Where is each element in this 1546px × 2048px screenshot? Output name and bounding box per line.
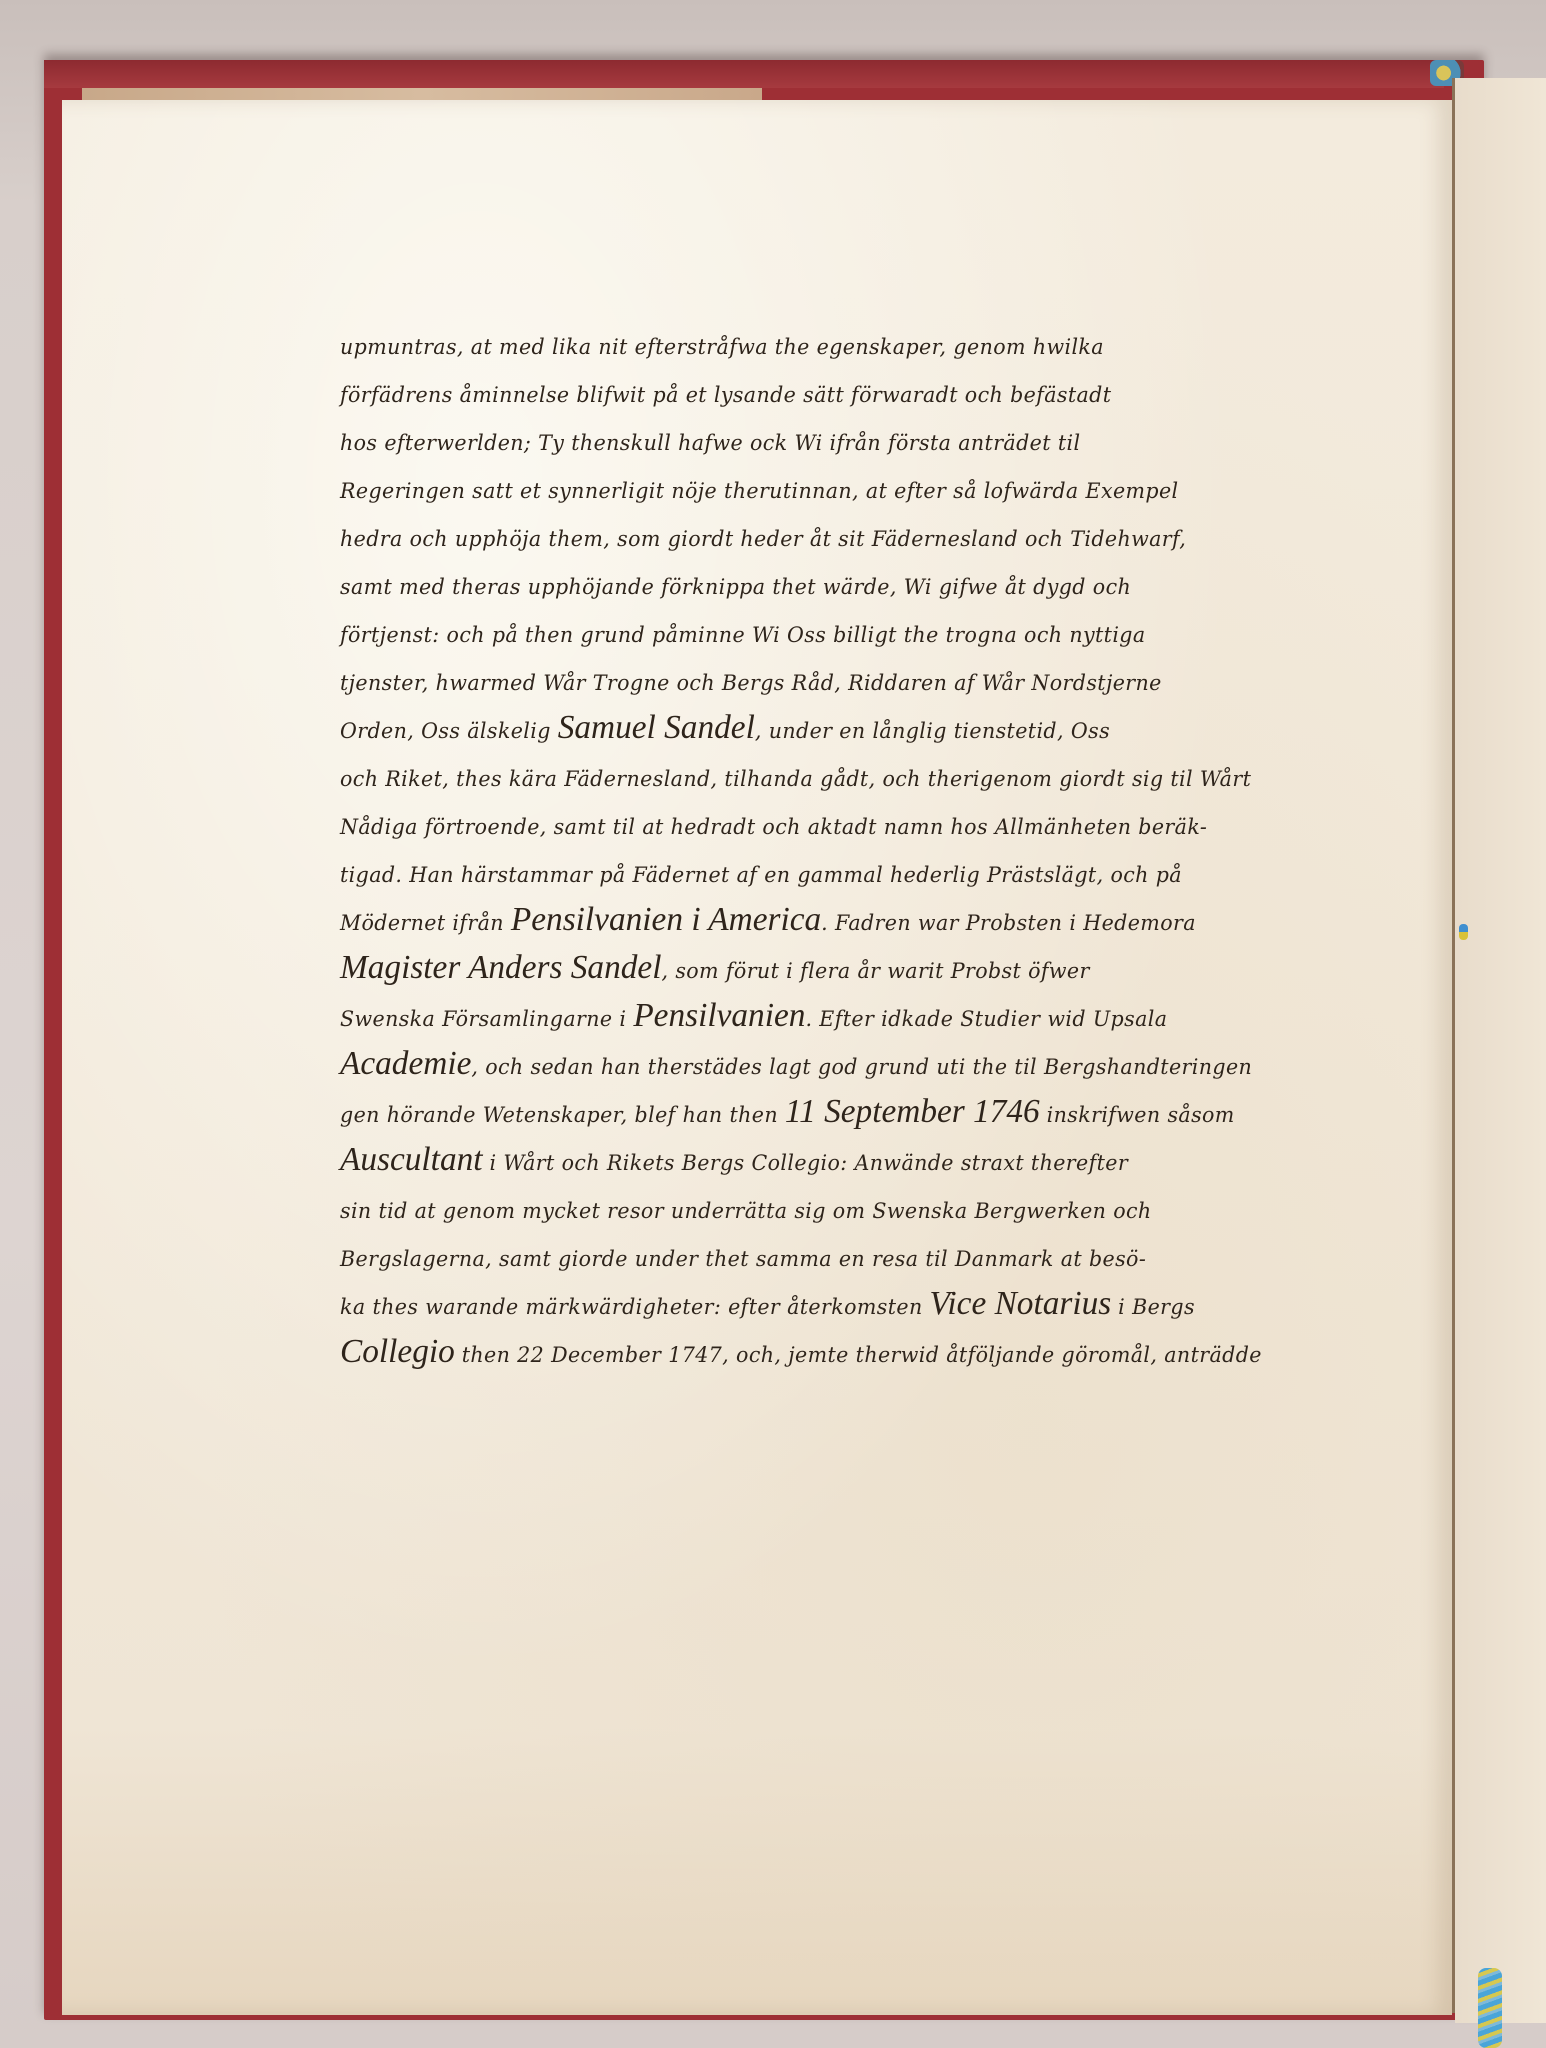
line-text: i Wårt och Rikets Bergs Collegio: Anwänd… [483, 1151, 1129, 1175]
bookmark-ribbon-icon [1478, 1968, 1502, 2048]
line-text: Mödernet ifrån [340, 911, 511, 935]
line-text: Bergslagerna, samt giorde under thet sam… [340, 1247, 1146, 1271]
text-line: upmuntras, at med lika nit efterstråfwa … [340, 320, 1320, 368]
binding-thread-icon [1459, 924, 1468, 940]
text-line: hos efterwerlden; Ty thenskull hafwe ock… [340, 416, 1320, 464]
line-text: Swenska Församlingarne i [340, 1007, 633, 1031]
line-text: Orden, Oss älskelig [340, 719, 558, 743]
line-text: upmuntras, at med lika nit efterstråfwa … [340, 335, 1104, 359]
line-text: Regeringen satt et synnerligit nöje ther… [340, 479, 1179, 503]
line-text: hos efterwerlden; Ty thenskull hafwe ock… [340, 431, 1080, 455]
latin-script-text: Pensilvanien [633, 997, 805, 1034]
latin-script-text: Collegio [340, 1333, 455, 1370]
gutter [1452, 78, 1455, 2013]
line-text: förfädrens åminnelse blifwit på et lysan… [340, 383, 1111, 407]
text-line: Mödernet ifrån Pensilvanien i America. F… [340, 896, 1320, 944]
text-line: Nådiga förtroende, samt til at hedradt o… [340, 800, 1320, 848]
line-text: i Bergs [1111, 1295, 1195, 1319]
latin-script-text: Samuel Sandel [558, 709, 755, 746]
line-text: tjenster, hwarmed Wår Trogne och Bergs R… [340, 671, 1162, 695]
text-line: Magister Anders Sandel, som förut i fler… [340, 944, 1320, 992]
line-text: , som förut i flera år warit Probst öfwe… [661, 959, 1089, 983]
text-line: Bergslagerna, samt giorde under thet sam… [340, 1232, 1320, 1280]
text-line: förfädrens åminnelse blifwit på et lysan… [340, 368, 1320, 416]
text-line: tigad. Han härstammar på Fädernet af en … [340, 848, 1320, 896]
line-text: tigad. Han härstammar på Fädernet af en … [340, 863, 1182, 887]
cover-top-edge [44, 60, 1444, 88]
latin-script-text: Academie [340, 1045, 471, 1082]
text-line: samt med theras upphöjande förknippa the… [340, 560, 1320, 608]
latin-script-text: Auscultant [340, 1141, 483, 1178]
text-line: Swenska Församlingarne i Pensilvanien. E… [340, 992, 1320, 1040]
text-line: Academie, och sedan han therstädes lagt … [340, 1040, 1320, 1088]
text-line: Regeringen satt et synnerligit nöje ther… [340, 464, 1320, 512]
line-text: ka thes warande märkwärdigheter: efter å… [340, 1295, 930, 1319]
text-line: tjenster, hwarmed Wår Trogne och Bergs R… [340, 656, 1320, 704]
text-line: hedra och upphöja them, som giordt heder… [340, 512, 1320, 560]
manuscript-text: upmuntras, at med lika nit efterstråfwa … [340, 320, 1340, 1376]
text-line: sin tid at genom mycket resor underrätta… [340, 1184, 1320, 1232]
line-text: , under en långlig tienstetid, Oss [755, 719, 1110, 743]
facing-page [1455, 78, 1546, 2023]
text-line: gen hörande Wetenskaper, blef han then 1… [340, 1088, 1320, 1136]
line-text: then 22 December 1747, och, jemte therwi… [455, 1343, 1262, 1367]
line-text: . Efter idkade Studier wid Upsala [805, 1007, 1167, 1031]
line-text: gen hörande Wetenskaper, blef han then [340, 1103, 785, 1127]
latin-script-text: Magister Anders Sandel [340, 949, 661, 986]
line-text: . Fadren war Probsten i Hedemora [821, 911, 1196, 935]
line-text: Nådiga förtroende, samt til at hedradt o… [340, 815, 1207, 839]
line-text: och Riket, thes kära Fädernesland, tilha… [340, 767, 1251, 791]
text-line: Collegio then 22 December 1747, och, jem… [340, 1328, 1320, 1376]
text-line: och Riket, thes kära Fädernesland, tilha… [340, 752, 1320, 800]
line-text: förtjenst: och på then grund påminne Wi … [340, 623, 1146, 647]
line-text: hedra och upphöja them, som giordt heder… [340, 527, 1186, 551]
line-text: , och sedan han therstädes lagt god grun… [471, 1055, 1252, 1079]
text-line: ka thes warande märkwärdigheter: efter å… [340, 1280, 1320, 1328]
line-text: samt med theras upphöjande förknippa the… [340, 575, 1131, 599]
text-line: förtjenst: och på then grund påminne Wi … [340, 608, 1320, 656]
line-text: sin tid at genom mycket resor underrätta… [340, 1199, 1152, 1223]
text-line: Orden, Oss älskelig Samuel Sandel, under… [340, 704, 1320, 752]
text-line: Auscultant i Wårt och Rikets Bergs Colle… [340, 1136, 1320, 1184]
latin-script-text: Vice Notarius [930, 1285, 1112, 1322]
latin-script-text: Pensilvanien i America [511, 901, 821, 938]
latin-script-text: 11 September 1746 [785, 1093, 1040, 1130]
line-text: inskrifwen såsom [1040, 1103, 1235, 1127]
